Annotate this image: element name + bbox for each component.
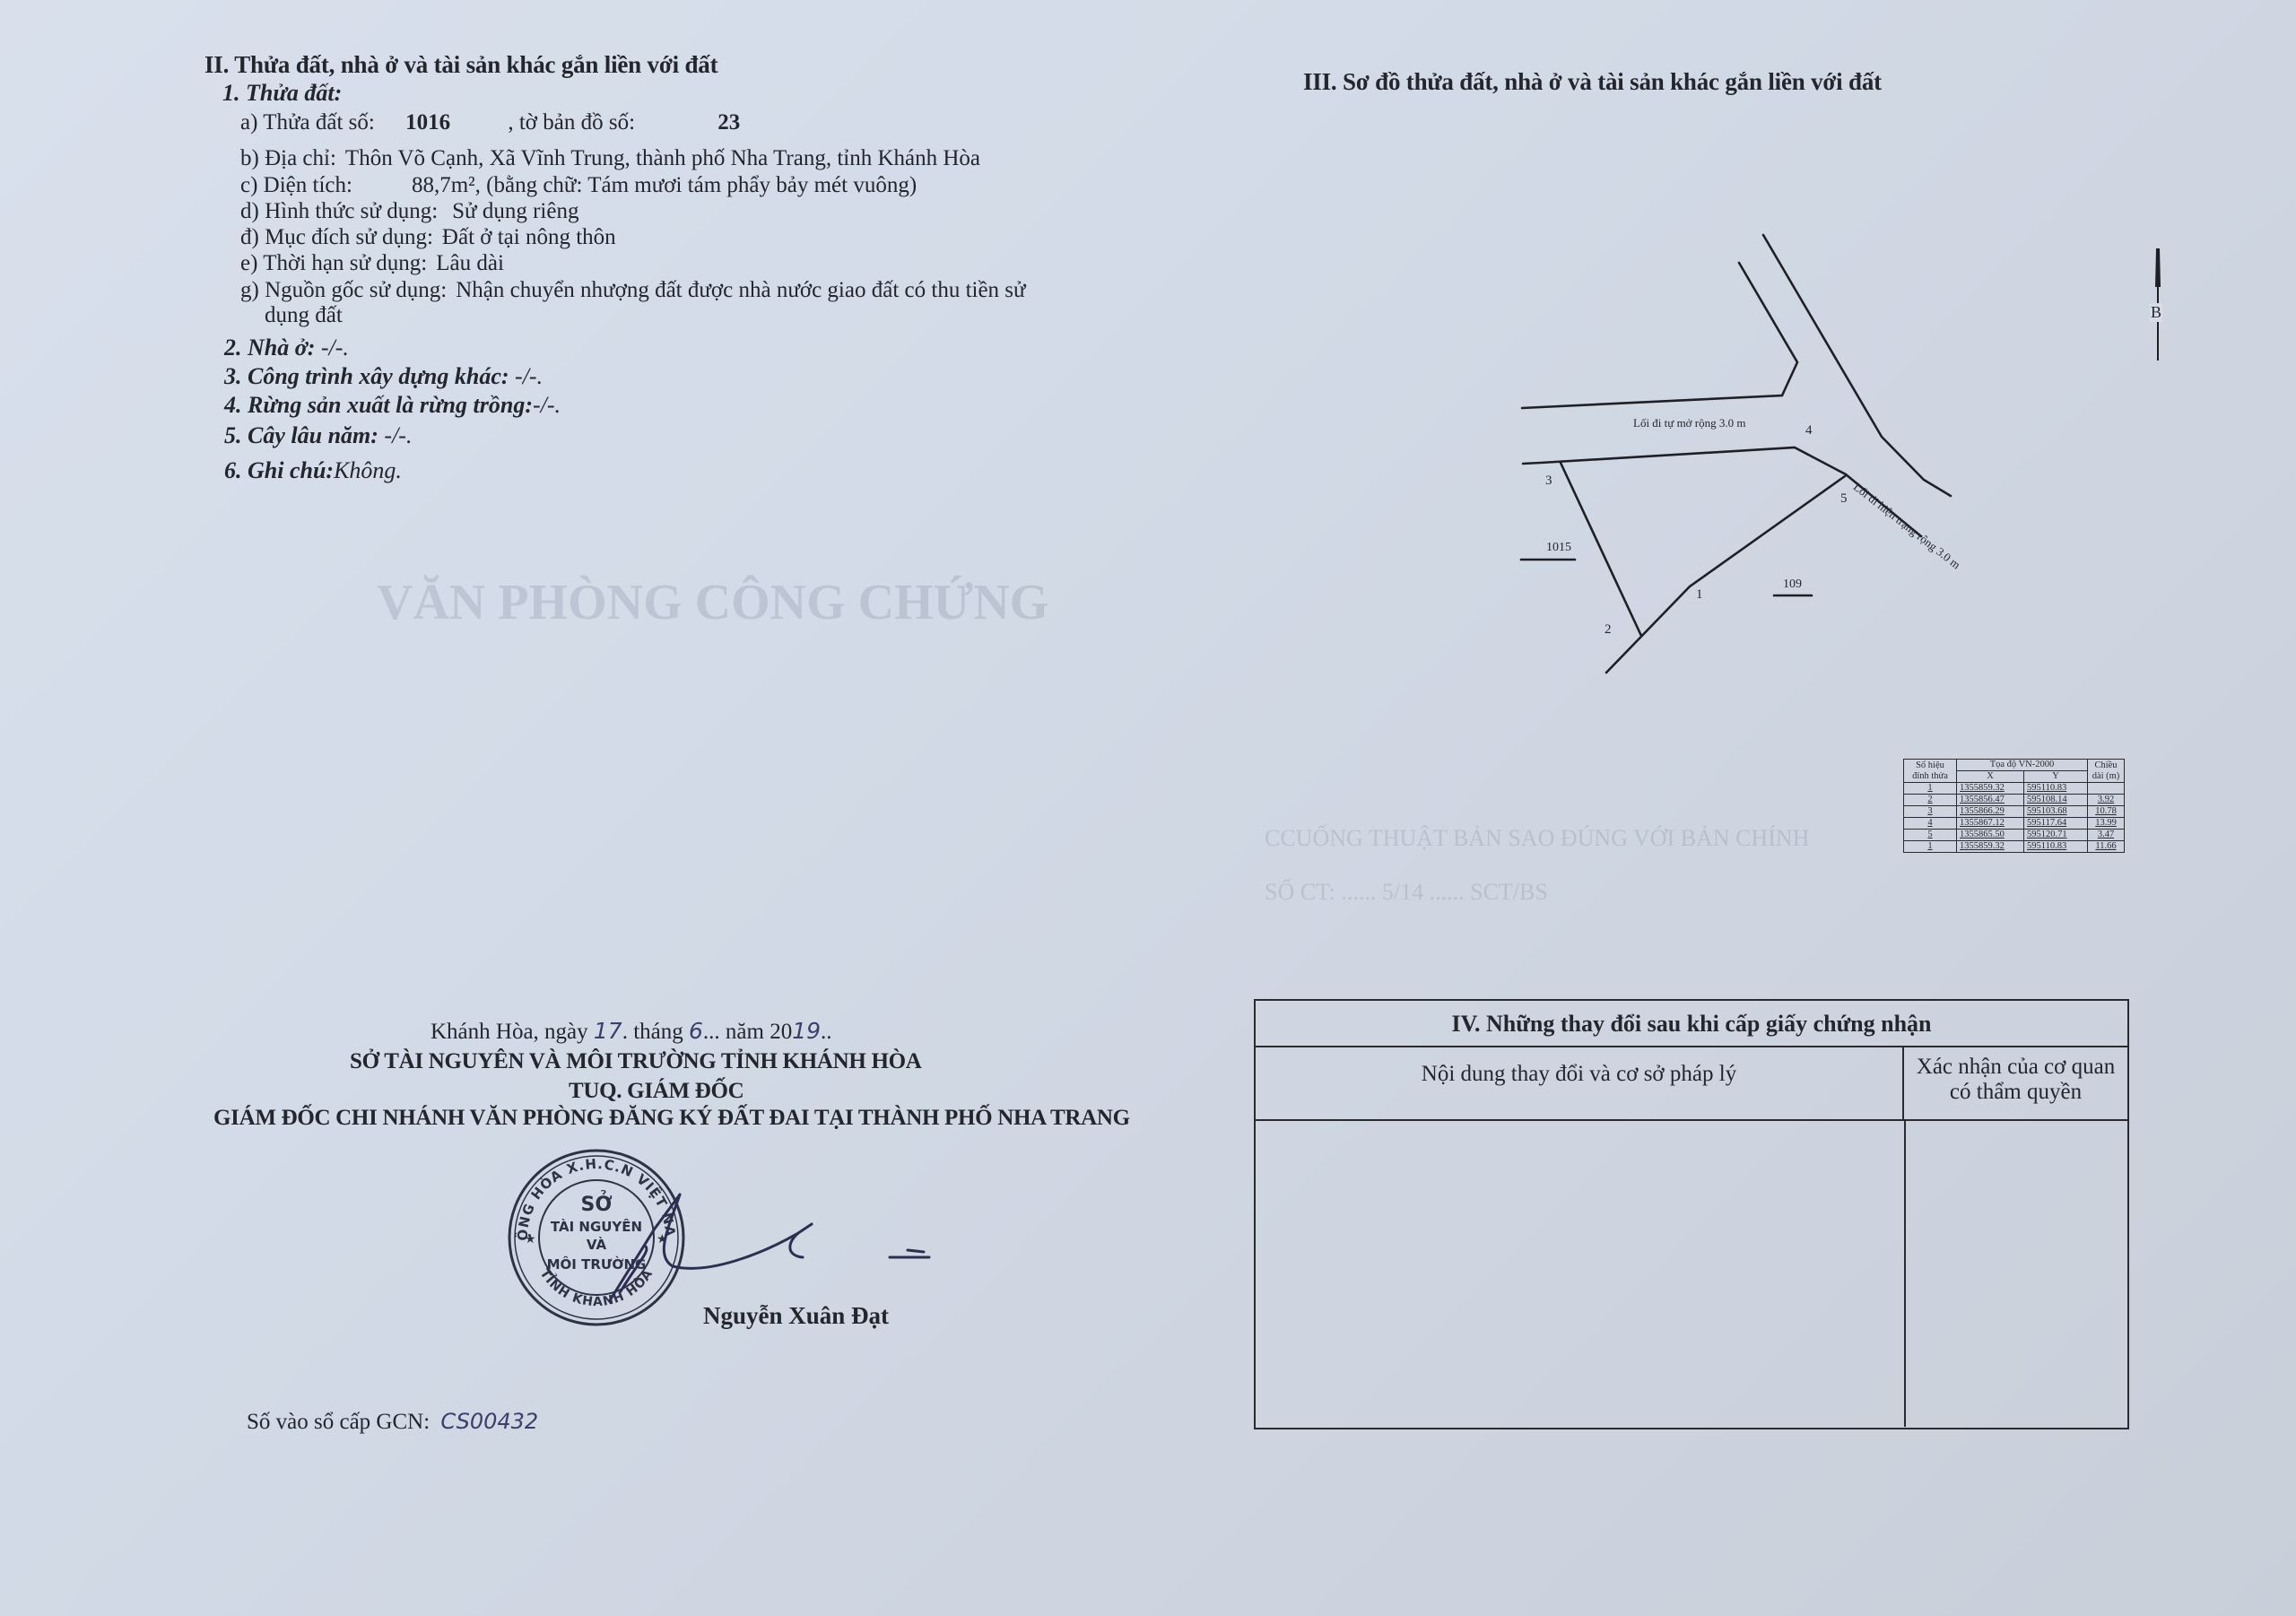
col-authority-line-2: có thẩm quyền xyxy=(1904,1080,2127,1105)
vertex-2-label: 2 xyxy=(1605,622,1612,638)
changes-table: IV. Những thay đổi sau khi cấp giấy chứn… xyxy=(1254,999,2129,1429)
date-year: 19 xyxy=(792,1018,821,1044)
col-x-header: X xyxy=(1957,771,2024,783)
date-day: 17 xyxy=(594,1018,622,1044)
coord-cell-y: 595110.83 xyxy=(2024,841,2088,853)
coord-cell-y: 595108.14 xyxy=(2024,795,2088,806)
coord-cell-vertex: 4 xyxy=(1904,818,1957,830)
coord-cell-x: 1355865.50 xyxy=(1957,830,2024,841)
coord-cell-x: 1355866.29 xyxy=(1957,806,2024,818)
col-y-header: Y xyxy=(2024,771,2088,783)
col-coords-header: Tọa độ VN-2000 xyxy=(1957,760,2088,771)
signer-position: GIÁM ĐỐC CHI NHÁNH VĂN PHÒNG ĐĂNG KÝ ĐẤT… xyxy=(213,1106,1130,1131)
col-length-header: Chiều dài (m) xyxy=(2088,760,2125,783)
coord-cell-length xyxy=(2088,783,2125,795)
month-label: tháng xyxy=(633,1020,683,1044)
registry-line: Số vào sổ cấp GCN: CS00432 xyxy=(247,1408,538,1436)
coord-row: 51355865.50595120.713.47 xyxy=(1904,830,2125,841)
coord-row: 11355859.32595110.83 xyxy=(1904,783,2125,795)
coord-cell-vertex: 5 xyxy=(1904,830,1957,841)
coord-cell-length: 11.66 xyxy=(2088,841,2125,853)
vertex-1-label: 1 xyxy=(1696,587,1703,603)
change-content-cell xyxy=(1256,1121,1906,1427)
coord-cell-x: 1355856.47 xyxy=(1957,795,2024,806)
coord-cell-length: 10.78 xyxy=(2088,806,2125,818)
section-iv-title: IV. Những thay đổi sau khi cấp giấy chứn… xyxy=(1256,1001,2127,1047)
coord-row: 21355856.47595108.143.92 xyxy=(1904,795,2125,806)
authority-confirmation-cell xyxy=(1906,1121,2127,1427)
col-vertex-header: Số hiệu đỉnh thửa xyxy=(1904,760,1957,783)
vertex-3-label: 3 xyxy=(1545,474,1552,489)
neighbor-parcel-1015: 1015 xyxy=(1546,541,1571,555)
coord-cell-length: 3.47 xyxy=(2088,830,2125,841)
coord-cell-x: 1355867.12 xyxy=(1957,818,2024,830)
coordinate-table: Số hiệu đỉnh thửa Tọa độ VN-2000 Chiều d… xyxy=(1903,759,2125,853)
coord-cell-length: 3.92 xyxy=(2088,795,2125,806)
date-month: 6 xyxy=(689,1018,703,1044)
col-change-content: Nội dung thay đổi và cơ sở pháp lý xyxy=(1256,1047,1904,1119)
vertex-5-label: 5 xyxy=(1840,491,1848,507)
coord-cell-vertex: 1 xyxy=(1904,783,1957,795)
coord-row: 41355867.12595117.6413.99 xyxy=(1904,818,2125,830)
coord-cell-vertex: 3 xyxy=(1904,806,1957,818)
coord-row: 31355866.29595103.6810.78 xyxy=(1904,806,2125,818)
coord-cell-y: 595117.64 xyxy=(2024,818,2088,830)
on-behalf-label: TUQ. GIÁM ĐỐC xyxy=(569,1079,744,1104)
agency-name: SỞ TÀI NGUYÊN VÀ MÔI TRƯỜNG TỈNH KHÁNH H… xyxy=(350,1049,922,1074)
road-1-label: Lối đi tự mở rộng 3.0 m xyxy=(1633,416,1746,430)
coord-cell-y: 595110.83 xyxy=(2024,783,2088,795)
north-label: B xyxy=(2150,303,2162,322)
signature-strokes-icon xyxy=(502,1157,987,1318)
date-line: Khánh Hòa, ngày 17. tháng 6... năm 2019.… xyxy=(430,1018,832,1045)
col-authority-line-1: Xác nhận của cơ quan xyxy=(1904,1055,2127,1080)
coord-cell-x: 1355859.32 xyxy=(1957,841,2024,853)
vertex-4-label: 4 xyxy=(1805,423,1813,439)
date-prefix: Khánh Hòa, ngày xyxy=(430,1020,588,1044)
coord-cell-y: 595103.68 xyxy=(2024,806,2088,818)
year-label: năm 20 xyxy=(726,1020,792,1044)
registry-number: CS00432 xyxy=(440,1409,538,1434)
coord-cell-vertex: 2 xyxy=(1904,795,1957,806)
coord-cell-y: 595120.71 xyxy=(2024,830,2088,841)
col-authority-confirmation: Xác nhận của cơ quan có thẩm quyền xyxy=(1904,1047,2127,1119)
coord-cell-length: 13.99 xyxy=(2088,818,2125,830)
registry-label: Số vào sổ cấp GCN: xyxy=(247,1410,430,1434)
coord-cell-vertex: 1 xyxy=(1904,841,1957,853)
coord-cell-x: 1355859.32 xyxy=(1957,783,2024,795)
coord-row: 11355859.32595110.8311.66 xyxy=(1904,841,2125,853)
neighbor-parcel-109: 109 xyxy=(1783,578,1802,592)
signer-name: Nguyễn Xuân Đạt xyxy=(703,1302,889,1330)
